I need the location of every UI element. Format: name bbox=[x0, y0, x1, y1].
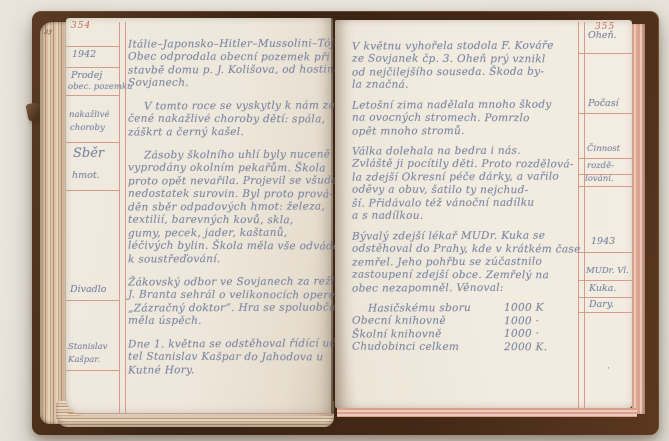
margin-rule-horizontal bbox=[578, 297, 632, 298]
handwriting-line: od nejčilejšího souseda. Škoda by- bbox=[352, 65, 580, 79]
handwriting-line: Bývalý zdejší lékař MUDr. Kuka se bbox=[352, 229, 580, 243]
margin-note: Kašpar. bbox=[68, 355, 100, 366]
handwriting-line: opět mnoho stromů. bbox=[352, 124, 580, 138]
handwriting-line: stavbě domu p. J. Kolišova, od hostince … bbox=[128, 63, 331, 77]
right-page-text: V květnu vyhořela stodola F. Kovářeze So… bbox=[352, 40, 580, 361]
margin-note: Dary. bbox=[589, 299, 614, 310]
margin-note: MUDr. Vl. bbox=[586, 266, 629, 277]
paragraph: Válka dolehala na bedra i nás.Zvláště ji… bbox=[352, 145, 580, 223]
handwriting-line: ze Sovjanek čp. 3. Oheň prý vznikl bbox=[352, 53, 580, 67]
margin-dot: · bbox=[607, 364, 610, 374]
margin-note: Kuka. bbox=[589, 283, 616, 294]
margin-note: Činnost bbox=[587, 144, 620, 155]
left-page-text: Itálie–Japonsko–Hitler–Mussolini–Tójó.Ob… bbox=[128, 38, 331, 387]
right-page: 355 Oheň. Počasí Činnost rozdě- lování. … bbox=[335, 20, 632, 408]
handwriting-line: „Zázračný doktor“. Hra se spoluobčanům bbox=[128, 301, 331, 315]
margin-note: Sběr bbox=[73, 148, 104, 159]
margin-note: Prodej bbox=[71, 70, 102, 81]
handwriting-line: záškrt a černý kašel. bbox=[128, 125, 331, 139]
handwriting-line: a s nadílkou. bbox=[352, 210, 580, 224]
margin-note: 1943 bbox=[591, 236, 615, 247]
paragraph: V tomto roce se vyskytly k nám zavle-čen… bbox=[128, 100, 331, 139]
margin-rule-horizontal bbox=[66, 300, 119, 301]
margin-rule-horizontal bbox=[578, 113, 632, 114]
handwriting-line: Sovjanech. bbox=[128, 77, 331, 91]
margin-note: 1942 bbox=[72, 49, 96, 60]
bottom-rule bbox=[68, 413, 331, 414]
handwriting-line: nedostatek surovin. Byl proto prová- bbox=[128, 188, 331, 202]
handwriting-line: léčivých bylin. Škola měla vše odvádět bbox=[128, 240, 331, 254]
margin-rule-horizontal bbox=[578, 280, 632, 281]
donation-amount: 1000 K bbox=[504, 302, 544, 315]
handwriting-line: obec nezapomněl. Věnoval: bbox=[352, 281, 580, 295]
margin-rule-vertical bbox=[125, 22, 126, 413]
handwriting-line: ší. Přidávalo též vánoční nadílku bbox=[352, 196, 580, 210]
photo-background: 33 354 1942 Prodej obec. pozemku nakažli… bbox=[0, 0, 669, 441]
handwriting-line: Žákovský odbor ve Sovjanech za režie bbox=[128, 275, 331, 289]
margin-rule-horizontal bbox=[578, 158, 632, 159]
margin-rule-horizontal bbox=[578, 186, 632, 187]
page-edges-left bbox=[40, 22, 68, 424]
handwriting-line: la značná. bbox=[352, 79, 580, 93]
handwriting-line: Obecní knihovně1000 · bbox=[352, 315, 580, 329]
handwriting-line: vyprodány okolním pekařům. Škola bbox=[128, 162, 331, 176]
margin-rule-vertical bbox=[584, 22, 585, 408]
handwriting-line: k soustřeďování. bbox=[128, 252, 331, 266]
handwriting-line: Zvláště ji pocítily děti. Proto rozdělov… bbox=[352, 158, 580, 172]
margin-note: Stanislav bbox=[68, 342, 107, 353]
handwriting-line: děn sběr odpadových hmot: železa, bbox=[128, 200, 331, 214]
handwriting-line: zemřel. Jeho pohřbu se zúčastnilo bbox=[352, 255, 580, 269]
margin-rule-horizontal bbox=[66, 190, 119, 191]
handwriting-line: měla úspěch. bbox=[128, 315, 331, 329]
donation-label: Školní knihovně bbox=[352, 328, 442, 340]
margin-rule-horizontal bbox=[66, 95, 119, 96]
handwriting-line: Dne 1. května se odstěhoval řídící uči- bbox=[128, 337, 331, 351]
handwriting-line: Hasičskému sboru1000 K bbox=[352, 301, 580, 315]
margin-rule-horizontal bbox=[66, 370, 119, 371]
handwriting-line: odstěhoval do Prahy, kde v krátkém čase bbox=[352, 243, 580, 257]
handwriting-line: J. Branta sehrál o velikonocích operetku bbox=[128, 289, 331, 303]
handwriting-line: Itálie–Japonsko–Hitler–Mussolini–Tójó. bbox=[128, 37, 331, 51]
margin-note: Počasí bbox=[588, 98, 619, 109]
handwriting-line: la zdejší Okresní péče dárky, a vařilo bbox=[352, 170, 580, 184]
handwriting-line: V květnu vyhořela stodola F. Kováře bbox=[352, 39, 580, 53]
margin-note: choroby bbox=[70, 123, 105, 134]
handwriting-line: Obec odprodala obecní pozemek při bbox=[128, 51, 331, 65]
handwriting-line: Chudobinci celkem2000 K. bbox=[352, 341, 580, 355]
handwriting-line: Válka dolehala na bedra i nás. bbox=[352, 144, 580, 158]
handwriting-line: tel Stanislav Kašpar do Jahodova u bbox=[128, 351, 331, 365]
paragraph: Itálie–Japonsko–Hitler–Mussolini–Tójó.Ob… bbox=[128, 38, 331, 90]
handwriting-line: gumy, pecek, jader, kaštanů, bbox=[128, 226, 331, 240]
margin-note: rozdě- bbox=[587, 161, 614, 172]
paragraph: V květnu vyhořela stodola F. Kovářeze So… bbox=[352, 40, 580, 92]
handwriting-line: V tomto roce se vyskytly k nám zavle- bbox=[128, 99, 331, 113]
paragraph: Žákovský odbor ve Sovjanech za režieJ. B… bbox=[128, 276, 331, 328]
margin-note: obec. pozemku bbox=[68, 82, 133, 93]
margin-rule-horizontal bbox=[66, 142, 119, 143]
left-page-number: 354 bbox=[71, 21, 91, 31]
handwriting-line: oděvy a obuv, šatilo ty nejchud- bbox=[352, 184, 580, 198]
margin-note: Oheň. bbox=[588, 30, 617, 41]
donation-label: Hasičskému sboru bbox=[368, 302, 471, 315]
margin-rule-horizontal bbox=[66, 67, 119, 68]
margin-note: Divadlo bbox=[70, 284, 107, 295]
donation-label: Chudobinci celkem bbox=[352, 341, 459, 353]
page-edge-right bbox=[632, 24, 645, 414]
margin-rule-horizontal bbox=[578, 312, 632, 313]
handwriting-line: textilií, barevných kovů, skla, bbox=[128, 214, 331, 228]
margin-rule-vertical bbox=[119, 22, 120, 413]
paragraph: Letošní zima nadělala mnoho škodyna ovoc… bbox=[352, 99, 580, 138]
handwriting-line: Kutné Hory. bbox=[128, 363, 331, 377]
margin-note: nakažlivé bbox=[69, 110, 110, 121]
handwriting-line: Letošní zima nadělala mnoho škody bbox=[352, 98, 580, 112]
paragraph: Hasičskému sboru1000 KObecní knihovně100… bbox=[352, 302, 580, 354]
paragraph: Zásoby školního uhlí byly nuceněvyprodán… bbox=[128, 149, 331, 266]
book: 33 354 1942 Prodej obec. pozemku nakažli… bbox=[0, 0, 669, 441]
edge-mark: 33 bbox=[44, 29, 53, 37]
donation-amount: 1000 · bbox=[504, 315, 539, 328]
margin-rule-horizontal bbox=[578, 53, 632, 54]
handwriting-line: na ovocných stromech. Pomrzlo bbox=[352, 112, 580, 126]
margin-rule-horizontal bbox=[66, 46, 119, 47]
donation-amount: 1000 · bbox=[504, 328, 539, 341]
paragraph: Dne 1. května se odstěhoval řídící uči-t… bbox=[128, 338, 331, 377]
page-edge-bottom-right bbox=[337, 408, 637, 417]
handwriting-line: zastoupení zdejší obce. Zemřelý na bbox=[352, 269, 580, 283]
margin-rule-horizontal bbox=[578, 252, 632, 253]
handwriting-line: proto opět nevařila. Projevil se všude bbox=[128, 174, 331, 188]
gutter bbox=[331, 16, 335, 414]
left-page: 354 1942 Prodej obec. pozemku nakažlivé … bbox=[66, 18, 333, 416]
paragraph: Bývalý zdejší lékař MUDr. Kuka seodstěho… bbox=[352, 230, 580, 295]
margin-note: hmot. bbox=[72, 170, 100, 181]
handwriting-line: Školní knihovně1000 · bbox=[352, 327, 580, 341]
margin-note: lování. bbox=[585, 174, 614, 185]
handwriting-line: Zásoby školního uhlí byly nuceně bbox=[128, 148, 331, 162]
donation-amount: 2000 K. bbox=[504, 341, 547, 354]
donation-label: Obecní knihovně bbox=[352, 315, 446, 327]
handwriting-line: čené nakažlivé choroby dětí: spála, bbox=[128, 113, 331, 127]
